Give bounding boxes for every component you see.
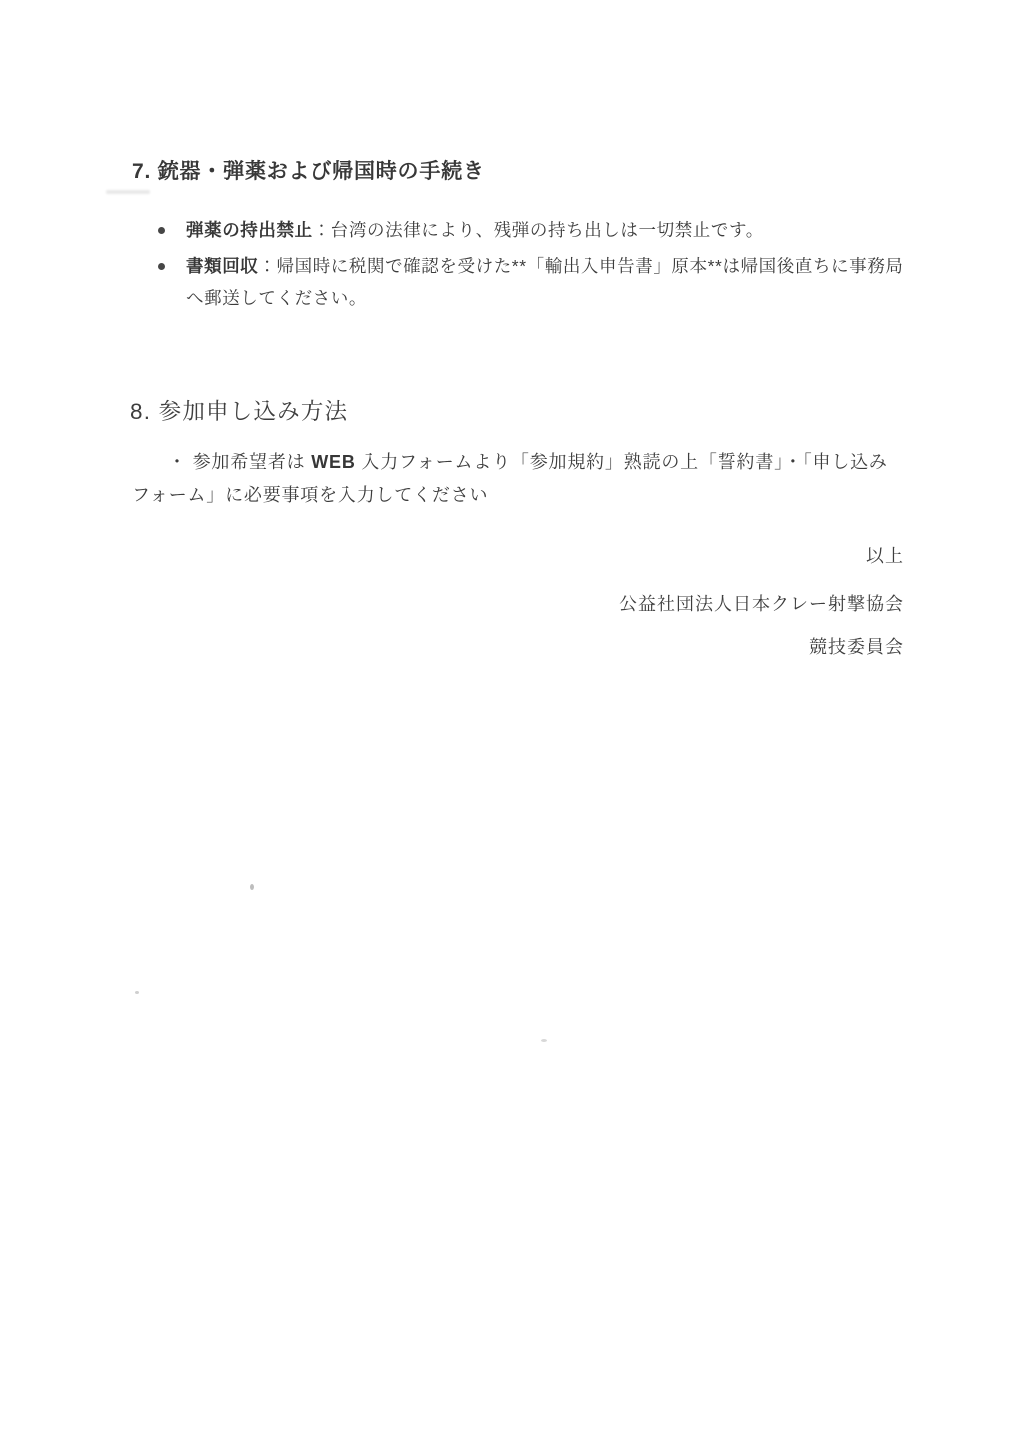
- scan-smudge: [106, 190, 150, 194]
- section-8-heading: 8. 参加申し込み方法: [130, 394, 348, 426]
- scan-speck: [135, 991, 139, 994]
- bullet-dot-icon: [158, 263, 165, 270]
- bullet-body-text: ：帰国時に税関で確認を受けた**「輸出入申告書」原本**は帰国後直ちに事務局へ郵…: [186, 256, 903, 308]
- bullet-text: 弾薬の持出禁止：台湾の法律により、残弾の持ち出しは一切禁止です。: [186, 214, 904, 246]
- section-7-heading: 7. 銃器・弾薬および帰国時の手続き: [132, 155, 485, 185]
- paragraph-bullet-marker: ・: [168, 452, 187, 472]
- bullet-label: 弾薬の持出禁止: [186, 220, 313, 240]
- scan-speck: [541, 1039, 547, 1042]
- bullet-label: 書類回収: [186, 256, 258, 276]
- bullet-document-return: 書類回収：帰国時に税関で確認を受けた**「輸出入申告書」原本**は帰国後直ちに事…: [158, 250, 904, 314]
- closing-committee: 競技委員会: [132, 636, 904, 659]
- section-8-paragraph: ・ 参加希望者は WEB 入力フォームより「参加規約」熟読の上「誓約書」・「申し…: [132, 446, 904, 512]
- scan-speck: [250, 884, 254, 890]
- bullet-dot-icon: [158, 227, 165, 234]
- closing-end-marker: 以上: [132, 545, 904, 568]
- scanned-document-page: 7. 銃器・弾薬および帰国時の手続き 弾薬の持出禁止：台湾の法律により、残弾の持…: [0, 0, 1024, 1448]
- section-7-bullet-list: 弾薬の持出禁止：台湾の法律により、残弾の持ち出しは一切禁止です。 書類回収：帰国…: [158, 214, 904, 318]
- paragraph-text-before: 参加希望者は: [187, 452, 311, 472]
- bullet-text: 書類回収：帰国時に税関で確認を受けた**「輸出入申告書」原本**は帰国後直ちに事…: [186, 250, 904, 314]
- closing-organization: 公益社団法人日本クレー射撃協会: [132, 593, 904, 616]
- closing-block: 以上 公益社団法人日本クレー射撃協会 競技委員会: [132, 545, 904, 659]
- bullet-body-text: ：台湾の法律により、残弾の持ち出しは一切禁止です。: [313, 220, 764, 240]
- bullet-ammunition-ban: 弾薬の持出禁止：台湾の法律により、残弾の持ち出しは一切禁止です。: [158, 214, 904, 246]
- paragraph-web-emphasis: WEB: [311, 452, 355, 472]
